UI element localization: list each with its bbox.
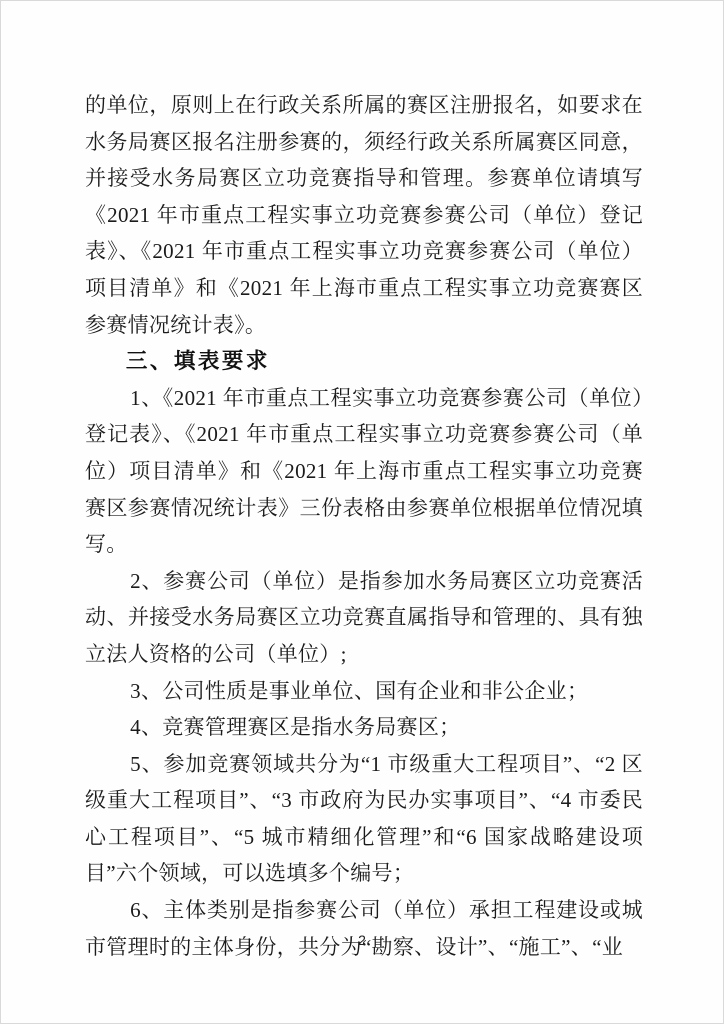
document-body: 的单位，原则上在行政关系所属的赛区注册报名，如要求在水务局赛区报名注册参赛的，须… bbox=[85, 87, 643, 965]
page-number: 2 bbox=[1, 932, 723, 948]
paragraph-item-3: 3、公司性质是事业单位、国有企业和非公企业； bbox=[85, 673, 643, 710]
paragraph-item-1: 1、《2021 年市重点工程实事立功竞赛参赛公司（单位）登记表》、《2021 年… bbox=[85, 380, 643, 563]
paragraph-item-2: 2、参赛公司（单位）是指参加水务局赛区立功竞赛活动、并接受水务局赛区立功竞赛直属… bbox=[85, 563, 643, 673]
paragraph-continuation: 的单位，原则上在行政关系所属的赛区注册报名，如要求在水务局赛区报名注册参赛的，须… bbox=[85, 87, 643, 343]
paragraph-item-4: 4、竞赛管理赛区是指水务局赛区； bbox=[85, 709, 643, 746]
document-page: 的单位，原则上在行政关系所属的赛区注册报名，如要求在水务局赛区报名注册参赛的，须… bbox=[0, 0, 724, 1024]
section-heading-filling-requirements: 三、填表要求 bbox=[85, 343, 643, 380]
paragraph-item-5: 5、参加竞赛领域共分为“1 市级重大工程项目”、“2 区级重大工程项目”、“3 … bbox=[85, 746, 643, 892]
paragraph-item-6: 6、主体类别是指参赛公司（单位）承担工程建设或城市管理时的主体身份，共分为“勘察… bbox=[85, 892, 643, 965]
